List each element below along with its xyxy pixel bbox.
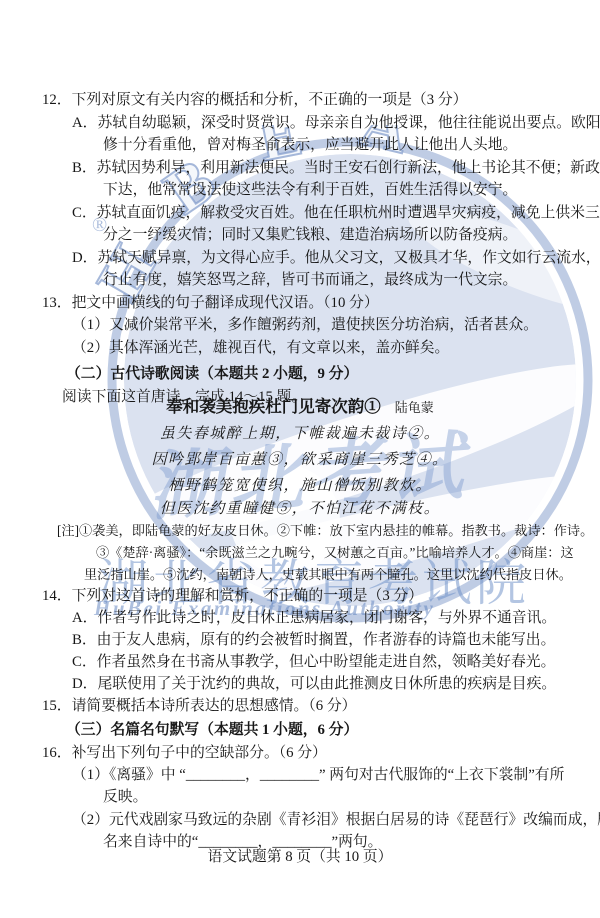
- question-12-option-d-line1: D．苏轼天赋异禀，为文得心应手。他从父习文，又极具才华，作文如行云流水，: [72, 250, 600, 267]
- question-15-stem: 15．请简要概括本诗所表达的思想感情。（6 分）: [42, 698, 356, 715]
- question-13-stem: 13．把文中画横线的句子翻译成现代汉语。（10 分）: [42, 295, 379, 312]
- exam-page: HBEA ® 湖北考试 湖北省教育考试院 HuBei Examinations …: [0, 0, 600, 918]
- poem-note-line-3: 里泛指山崖。⑤沈约，南朝诗人，史载其眼中有两个瞳孔。这里以沈约代指皮日休。: [84, 566, 572, 583]
- question-12-stem: 12．下列对原文有关内容的概括和分析，不正确的一项是（3 分）: [42, 92, 467, 109]
- poem-title: 奉和袭美抱疾杜门见寄次韵①: [166, 397, 381, 416]
- poem-author: 陆龟蒙: [395, 400, 434, 415]
- poem-note-line-2: ③《楚辞·离骚》：“余既滋兰之九畹兮，又树蕙之百亩。”比喻培养人才。④商崖：这: [96, 544, 574, 561]
- question-16-item-1-line2: 反映。: [103, 789, 147, 806]
- question-13-sentence-1: （1）又减价粜常平米，多作饘粥药剂，遣使挟医分坊治病，活者甚众。: [72, 317, 538, 334]
- question-16-item-1-line1: （1）《离骚》中 “________，________” 两句对古代服饰的“上衣…: [72, 767, 564, 784]
- poem-line-2: 因吟郢岸百亩蕙③，欲采商崖三秀芝④。: [0, 452, 600, 469]
- question-16-stem: 16．补写出下列句子中的空缺部分。（6 分）: [42, 745, 327, 762]
- poem-line-1: 虽失春城醉上期，下帷裁遍未裁诗②。: [0, 426, 600, 443]
- question-13-sentence-2: （2）其体浑涵光芒，雄视百代，有文章以来，盖亦鲜矣。: [72, 340, 449, 357]
- poem-line-4: 但医沈约重瞳健⑤，不怕江花不满枝。: [0, 501, 600, 518]
- question-14-option-b: B．由于友人患病，原有的约会被暂时搁置，作者游春的诗篇也未能写出。: [72, 632, 555, 649]
- section-2-heading: （二）古代诗歌阅读（本题共 2 小题，9 分）: [66, 366, 358, 383]
- poem-note-line-1: [注]①袭美，即陆龟蒙的好友皮日休。②下帷：放下室内悬挂的帷幕。指教书。裁诗：作…: [57, 522, 593, 539]
- question-14-option-d: D．尾联使用了关于沈约的典故，可以由此推测皮日休所患的疾病是目疾。: [72, 676, 556, 693]
- question-16-item-2-line1: （2）元代戏剧家马致远的杂剧《青衫泪》根据白居易的诗《琵琶行》改编而成，剧: [72, 812, 600, 829]
- poem-line-3: 栖野鹤笼宽使织，施山僧饭别教炊。: [0, 478, 600, 495]
- question-12-option-a-line2: 修十分看重他，曾对梅圣俞表示，应当避开此人让他出人头地。: [103, 137, 517, 154]
- question-12-option-c-line1: C．苏轼直面饥疫，解救受灾百姓。他在任职杭州时遭遇旱灾病疫，减免上供米三: [72, 205, 600, 222]
- question-14-stem: 14．下列对这首诗的理解和赏析，不正确的一项是（3 分）: [42, 588, 423, 605]
- question-14-option-a: A．作者写作此诗之时，皮日休正患病居家，闭门谢客，与外界不通音讯。: [72, 610, 556, 627]
- question-12-option-d-line2: 行止有度，嬉笑怒骂之辞，皆可书而诵之，最终成为一代文宗。: [103, 272, 517, 289]
- poem-title-line: 奉和袭美抱疾杜门见寄次韵①陆龟蒙: [0, 398, 600, 417]
- question-12-option-a-line1: A．苏轼自幼聪颖，深受时贤赏识。母亲亲自为他授课，他往往能说出要点。欧阳: [72, 115, 600, 132]
- question-12-option-b-line2: 下达，他常常设法使这些法令有利于百姓，百姓生活得以安宁。: [103, 182, 517, 199]
- page-footer: 语文试题第 8 页（共 10 页）: [0, 849, 600, 866]
- question-12-option-b-line1: B．苏轼因势利导，利用新法便民。当时王安石创行新法，他上书论其不便；新政: [72, 160, 600, 177]
- section-3-heading: （三）名篇名句默写（本题共 1 小题，6 分）: [66, 722, 358, 739]
- question-14-option-c: C．作者虽然身在书斋从事教学，但心中盼望能走进自然，领略美好春光。: [72, 654, 555, 671]
- question-12-option-c-line2: 分之一纾缓灾情；同时又集贮钱粮、建造治病场所以防备疫病。: [103, 227, 517, 244]
